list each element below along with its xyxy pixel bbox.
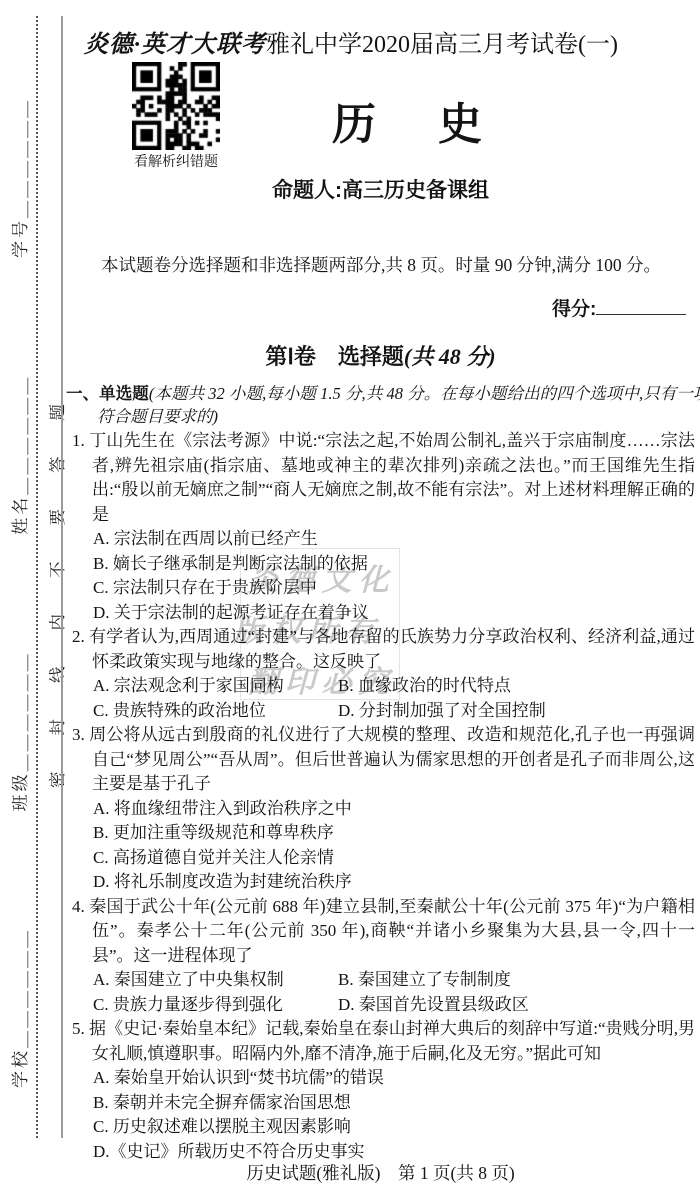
subject-title: 历史 — [332, 88, 544, 152]
question-number: 3. — [72, 725, 85, 744]
option-a: A. 秦国建立了中央集权制 — [93, 968, 338, 993]
question-text: 据《史记·秦始皇本纪》记载,秦始皇在泰山封禅大典后的刻辞中写道:“贵贱分明,男女… — [89, 1019, 695, 1063]
brand-name: 炎德·英才大联考 — [84, 32, 266, 58]
question-4-stem: 4. 秦国于武公十年(公元前 688 年)建立县制,至秦献公十年(公元前 375… — [66, 895, 695, 969]
question-number: 4. — [72, 897, 85, 916]
exam-instructions: 本试题卷分选择题和非选择题两部分,共 8 页。时量 90 分钟,满分 100 分… — [66, 252, 695, 280]
question-text: 周公将从远古到殷商的礼仪进行了大规模的整理、改造和规范化,孔子也一再强调自己“梦… — [89, 725, 695, 793]
question-text: 丁山先生在《宗法考源》中说:“宗法之起,不始周公制礼,盖兴于宗庙制度……宗法者,… — [89, 431, 695, 524]
section-1-points: (共 48 分) — [404, 344, 496, 369]
seal-line-text: 密封线内不要答题 — [44, 368, 68, 788]
score-blank-line — [596, 312, 686, 315]
question-number: 2. — [72, 627, 85, 646]
exam-header: 炎德·英才大联考雅礼中学2020届高三月考试卷(一) — [84, 24, 618, 59]
qr-code — [132, 62, 220, 150]
option-c: C. 宗法制只存在于贵族阶层中 — [66, 576, 695, 601]
option-d: D. 秦国首先设置县级政区 — [338, 993, 695, 1018]
exam-name: 雅礼中学2020届高三月考试卷(一) — [266, 32, 618, 58]
question-setter: 命题人:高三历史备课组 — [66, 174, 695, 204]
question-number: 5. — [72, 1019, 85, 1038]
name-field: 姓名＿＿＿＿＿＿ — [6, 375, 31, 535]
question-4: 4. 秦国于武公十年(公元前 688 年)建立县制,至秦献公十年(公元前 375… — [66, 895, 695, 1018]
group-label: 一、单选题 — [66, 384, 149, 403]
option-a: A. 秦始皇开始认识到“焚书坑儒”的错误 — [66, 1066, 695, 1091]
score-field: 得分: — [552, 294, 686, 321]
question-text: 秦国于武公十年(公元前 688 年)建立县制,至秦献公十年(公元前 375 年)… — [89, 897, 695, 965]
option-a: A. 宗法制在西周以前已经产生 — [66, 527, 695, 552]
option-b: B. 嫡长子继承制是判断宗法制的依据 — [66, 552, 695, 577]
option-d: D. 将礼乐制度改造为封建统治秩序 — [66, 870, 695, 895]
qr-caption: 看解析纠错题 — [118, 151, 234, 171]
question-1-stem: 1. 丁山先生在《宗法考源》中说:“宗法之起,不始周公制礼,盖兴于宗庙制度……宗… — [66, 429, 695, 527]
option-a: A. 宗法观念利于家国同构 — [93, 674, 338, 699]
student-info-fields: 学校＿＿＿＿＿＿ 班级＿＿＿＿＿＿ 姓名＿＿＿＿＿＿ 学号＿＿＿＿＿＿ — [6, 98, 31, 1088]
question-2: 2. 有学者认为,西周通过“封建”与各地存留的氏族势力分享政治权利、经济利益,通… — [66, 625, 695, 723]
question-4-options: A. 秦国建立了中央集权制 B. 秦国建立了专制制度 C. 贵族力量逐步得到强化… — [66, 968, 695, 1017]
option-a: A. 将血缘纽带注入到政治秩序之中 — [66, 797, 695, 822]
question-2-options: A. 宗法观念利于家国同构 B. 血缘政治的时代特点 C. 贵族特殊的政治地位 … — [66, 674, 695, 723]
question-5: 5. 据《史记·秦始皇本纪》记载,秦始皇在泰山封禅大典后的刻辞中写道:“贵贱分明… — [66, 1017, 695, 1164]
option-b: B. 秦国建立了专制制度 — [338, 968, 695, 993]
option-b: B. 秦朝并未完全摒弃儒家治国思想 — [66, 1091, 695, 1116]
group-note: (本题共 32 小题,每小题 1.5 分,共 48 分。在每小题给出的四个选项中… — [97, 384, 700, 426]
question-1: 1. 丁山先生在《宗法考源》中说:“宗法之起,不始周公制礼,盖兴于宗庙制度……宗… — [66, 429, 695, 625]
question-3-stem: 3. 周公将从远古到殷商的礼仪进行了大规模的整理、改造和规范化,孔子也一再强调自… — [66, 723, 695, 797]
exam-page: { "header": { "brand": "炎德·英才大联考", "exam… — [0, 0, 700, 1204]
question-2-stem: 2. 有学者认为,西周通过“封建”与各地存留的氏族势力分享政治权利、经济利益,通… — [66, 625, 695, 674]
class-field: 班级＿＿＿＿＿＿ — [6, 651, 31, 811]
question-5-stem: 5. 据《史记·秦始皇本纪》记载,秦始皇在泰山封禅大典后的刻辞中写道:“贵贱分明… — [66, 1017, 695, 1066]
option-d: D. 关于宗法制的起源考证存在着争议 — [66, 601, 695, 626]
student-id-field: 学号＿＿＿＿＿＿ — [6, 98, 31, 258]
option-c: C. 贵族特殊的政治地位 — [93, 699, 338, 724]
question-list: 1. 丁山先生在《宗法考源》中说:“宗法之起,不始周公制礼,盖兴于宗庙制度……宗… — [66, 429, 695, 1164]
option-c: C. 高扬道德自觉并关注人伦亲情 — [66, 846, 695, 871]
section-1-title: 第Ⅰ卷 选择题 — [265, 344, 404, 369]
page-footer: 历史试题(雅礼版) 第 1 页(共 8 页) — [66, 1160, 695, 1185]
question-3: 3. 周公将从远古到殷商的礼仪进行了大规模的整理、改造和规范化,孔子也一再强调自… — [66, 723, 695, 895]
option-b: B. 更加注重等级规范和尊卑秩序 — [66, 821, 695, 846]
margin-solid-line — [61, 16, 63, 1138]
question-number: 1. — [72, 431, 85, 450]
question-group-heading: 一、单选题(本题共 32 小题,每小题 1.5 分,共 48 分。在每小题给出的… — [66, 383, 700, 428]
option-d: D. 分封制加强了对全国控制 — [338, 699, 695, 724]
option-b: B. 血缘政治的时代特点 — [338, 674, 695, 699]
section-1-heading: 第Ⅰ卷 选择题(共 48 分) — [66, 340, 695, 371]
seal-dotted-line — [36, 16, 38, 1138]
option-c: C. 贵族力量逐步得到强化 — [93, 993, 338, 1018]
school-field: 学校＿＿＿＿＿＿ — [6, 928, 31, 1088]
score-label: 得分: — [552, 299, 596, 320]
option-c: C. 历史叙述难以摆脱主观因素影响 — [66, 1115, 695, 1140]
question-text: 有学者认为,西周通过“封建”与各地存留的氏族势力分享政治权利、经济利益,通过怀柔… — [89, 627, 695, 671]
